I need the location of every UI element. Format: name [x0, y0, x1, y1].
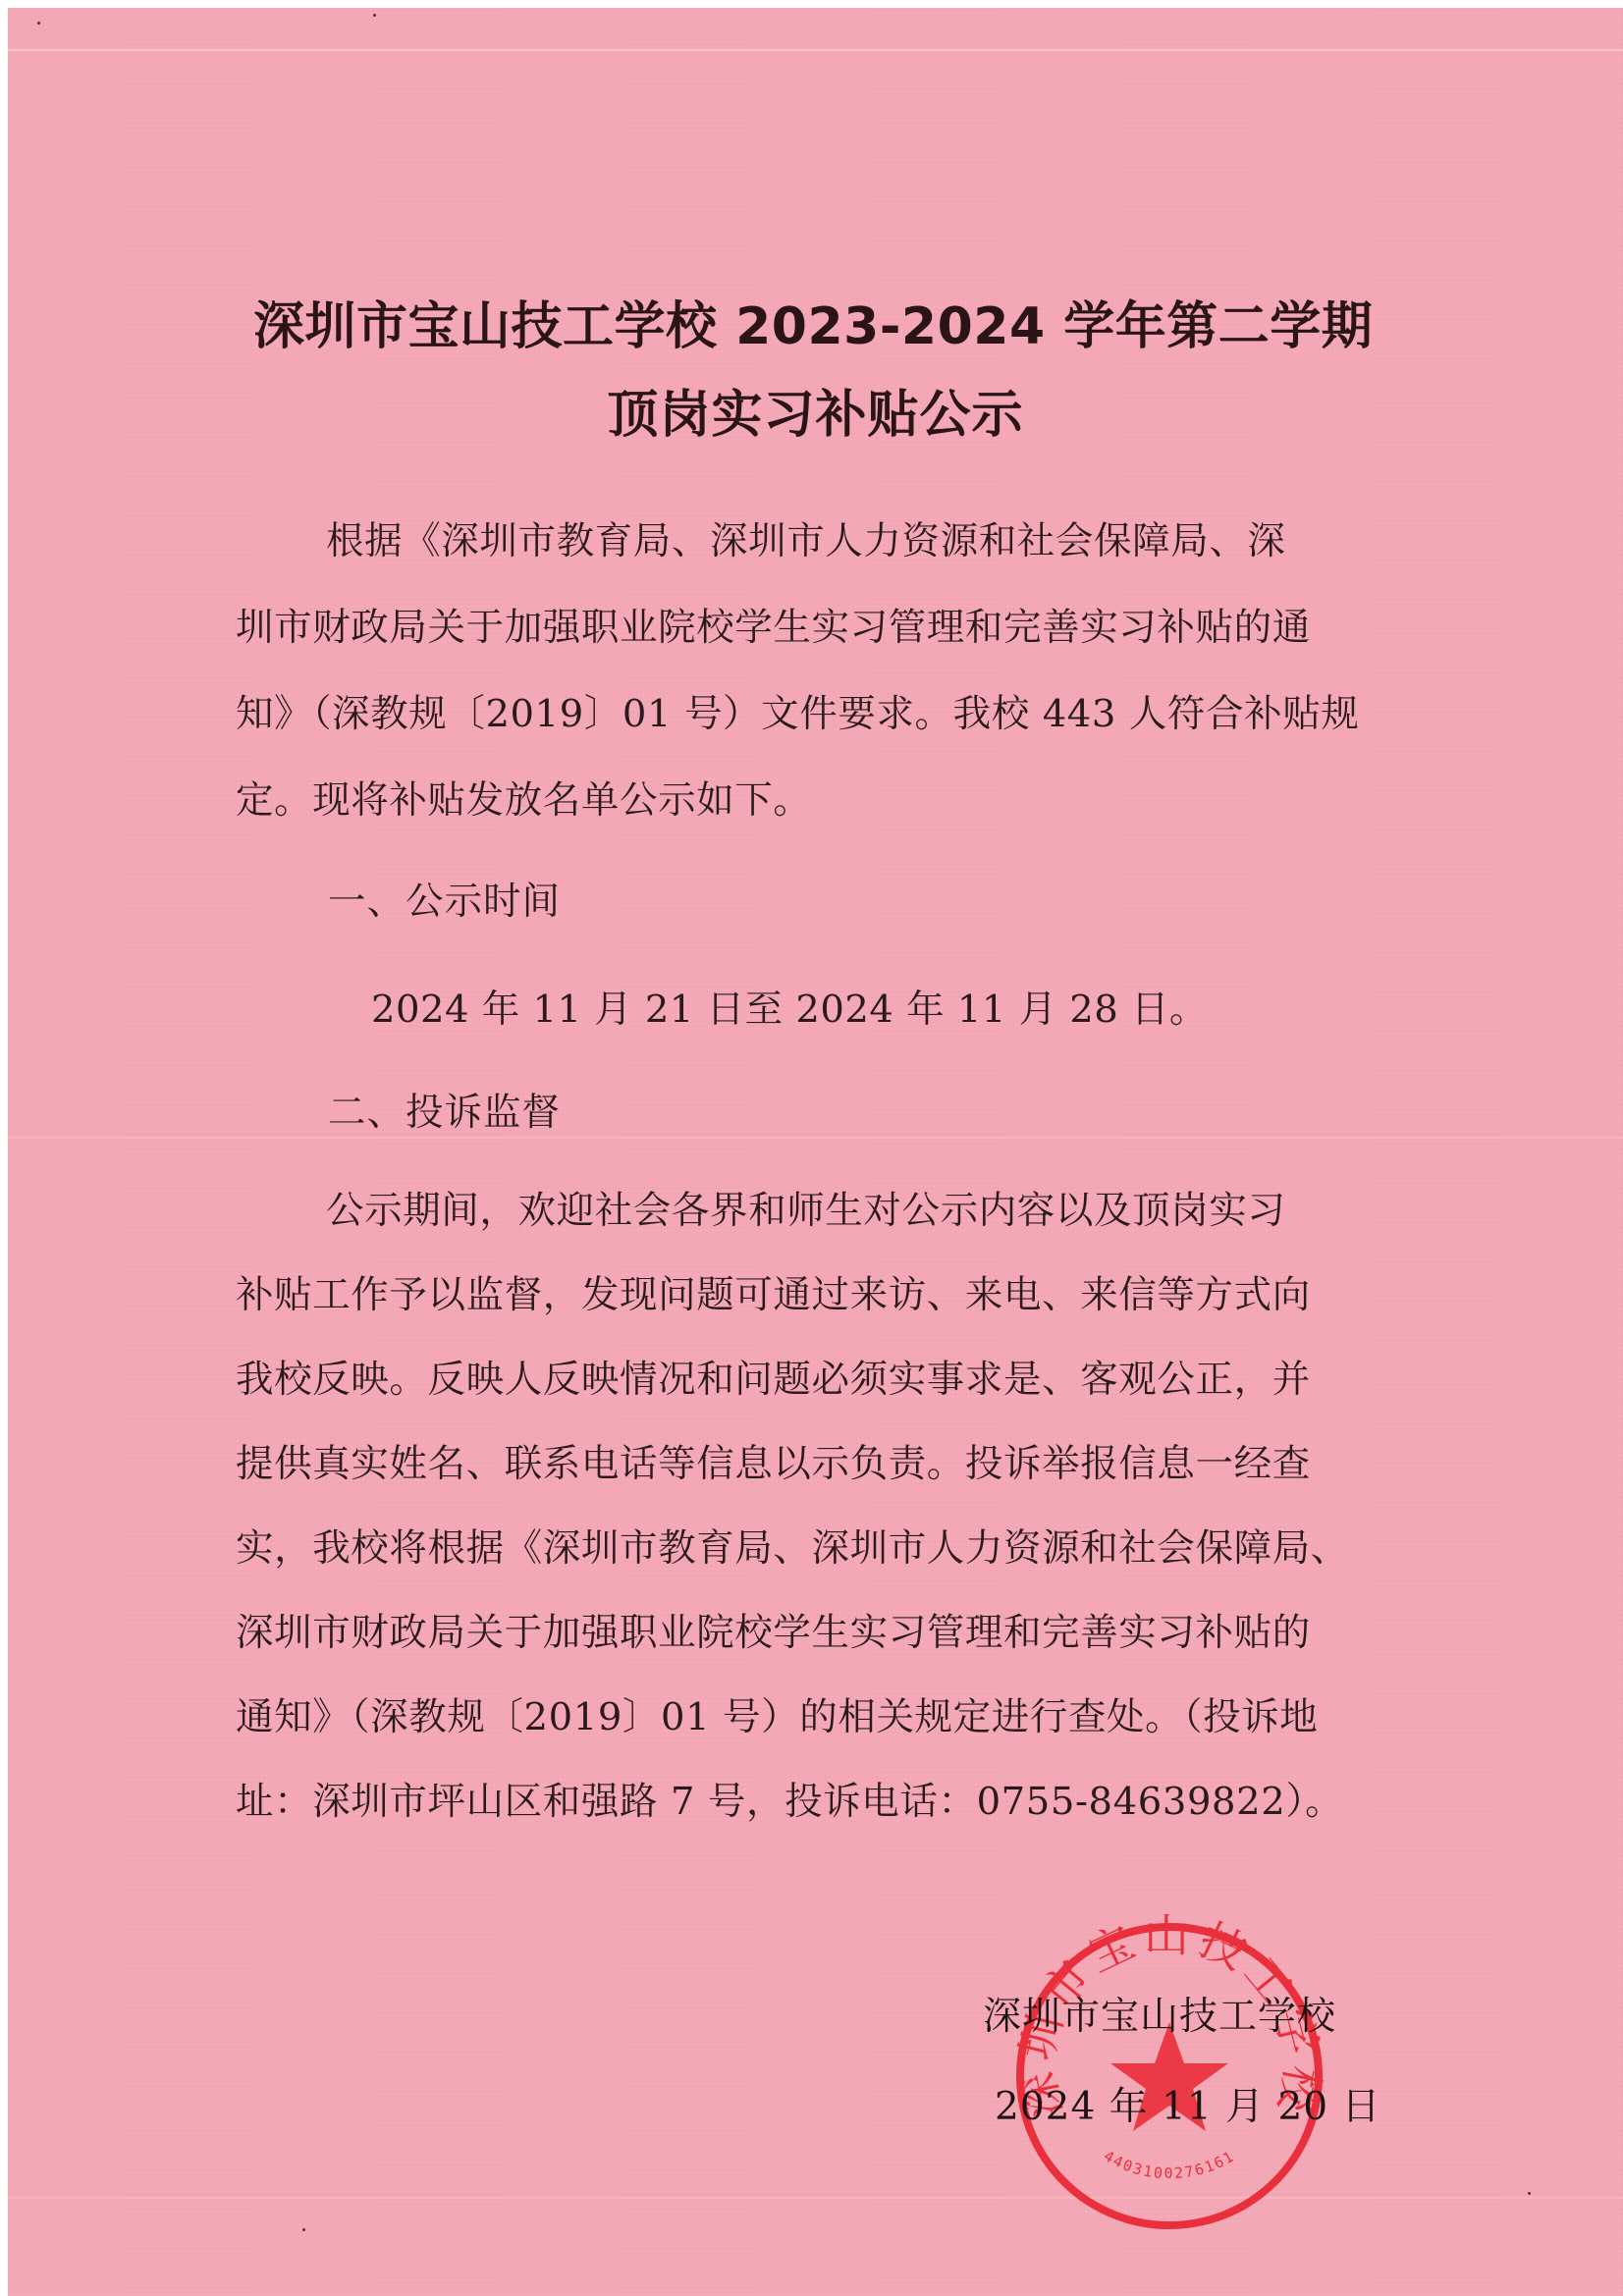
document-page: 深圳市宝山技工学校 2023-2024 学年第二学期 顶岗实习补贴公示 根据《深… — [8, 8, 1623, 2296]
scan-speck — [373, 14, 376, 17]
paragraph-line: 根据《深圳市教育局、深圳市人力资源和社会保障局、深 — [236, 499, 1463, 585]
scan-artifact-line — [8, 2197, 1623, 2199]
paragraph-line: 址：深圳市坪山区和强路 7 号，投诉电话：0755-84639822）。 — [236, 1759, 1463, 1845]
signing-date: 2024 年 11 月 20 日 — [995, 2076, 1381, 2131]
document-title-line1: 深圳市宝山技工学校 2023-2024 学年第二学期 — [253, 285, 1461, 358]
paragraph-line: 我校反映。反映人反映情况和问题必须实事求是、客观公正，并 — [236, 1337, 1463, 1423]
scan-speck — [37, 22, 40, 25]
paragraph-line: 知》（深教规〔2019〕01 号）文件要求。我校 443 人符合补贴规 — [236, 671, 1463, 758]
paragraph-line: 圳市财政局关于加强职业院校学生实习管理和完善实习补贴的通 — [236, 585, 1463, 671]
paragraph-line: 实，我校将根据《深圳市教育局、深圳市人力资源和社会保障局、 — [236, 1506, 1463, 1592]
section-heading-publicity-period: 一、公示时间 — [328, 872, 561, 926]
document-title-line2: 顶岗实习补贴公示 — [8, 373, 1623, 447]
scan-artifact-line — [8, 1137, 1623, 1139]
svg-text:4403100276161: 4403100276161 — [1101, 2147, 1238, 2182]
seal-code: 4403100276161 — [1101, 2147, 1238, 2182]
section-heading-complaint-supervision: 二、投诉监督 — [328, 1083, 561, 1137]
paragraph-line: 补贴工作予以监督，发现问题可通过来访、来电、来信等方式向 — [236, 1253, 1463, 1339]
publicity-date-range: 2024 年 11 月 21 日至 2024 年 11 月 28 日。 — [371, 980, 1208, 1034]
paragraph-line: 提供真实姓名、联系电话等信息以示负责。投诉举报信息一经查 — [236, 1421, 1463, 1508]
paragraph-line: 通知》（深教规〔2019〕01 号）的相关规定进行查处。（投诉地 — [236, 1675, 1463, 1761]
scan-speck — [1528, 2192, 1531, 2195]
paragraph-line: 定。现将补贴发放名单公示如下。 — [236, 758, 1463, 844]
scan-artifact-line — [8, 49, 1623, 51]
scan-speck — [302, 2228, 305, 2231]
paragraph-line: 公示期间，欢迎社会各界和师生对公示内容以及顶岗实习 — [236, 1168, 1463, 1255]
signing-organization: 深圳市宝山技工学校 — [983, 1986, 1336, 2041]
paragraph-line: 深圳市财政局关于加强职业院校学生实习管理和完善实习补贴的 — [236, 1590, 1463, 1677]
